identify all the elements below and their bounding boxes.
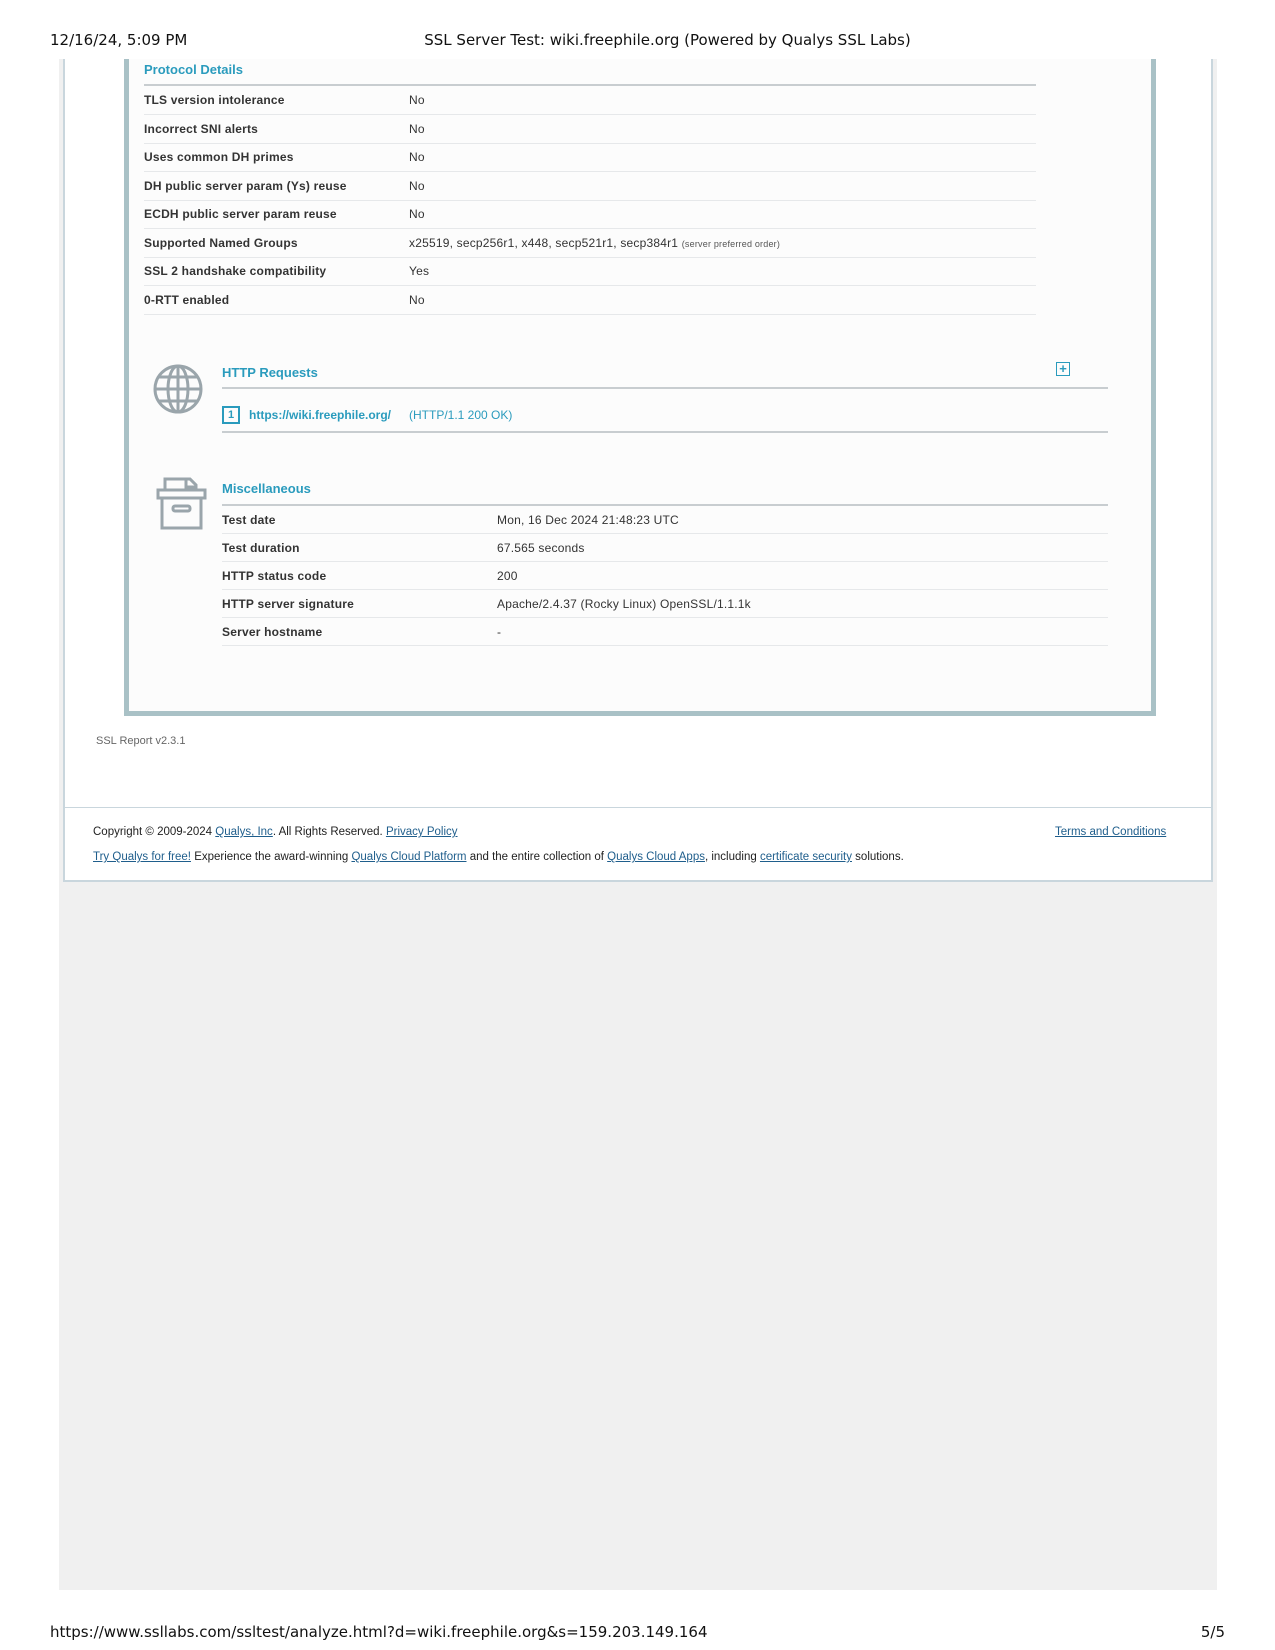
row-label: HTTP status code <box>222 569 326 583</box>
row-value: Yes <box>409 264 429 278</box>
row-value: No <box>409 122 425 136</box>
promo-text: and the entire collection of <box>467 851 608 863</box>
row-divider <box>144 114 1036 115</box>
row-divider <box>144 228 1036 229</box>
row-label: Incorrect SNI alerts <box>144 122 258 136</box>
row-divider <box>144 257 1036 258</box>
promo-line: Try Qualys for free! Experience the awar… <box>93 851 904 863</box>
copyright-suffix: . All Rights Reserved. <box>273 826 386 838</box>
row-divider <box>222 533 1108 534</box>
miscellaneous-divider <box>222 504 1108 506</box>
qualys-inc-link[interactable]: Qualys, Inc <box>215 826 273 838</box>
row-divider <box>144 143 1036 144</box>
row-value: Apache/2.4.37 (Rocky Linux) OpenSSL/1.1.… <box>497 597 751 611</box>
row-value-text: - <box>497 625 501 639</box>
row-label: TLS version intolerance <box>144 93 285 107</box>
row-value: No <box>409 207 425 221</box>
print-page-title: SSL Server Test: wiki.freephile.org (Pow… <box>0 31 1275 49</box>
protocol-details-divider <box>144 84 1036 86</box>
certificate-security-link[interactable]: certificate security <box>760 851 852 863</box>
row-divider <box>144 200 1036 201</box>
cloud-platform-link[interactable]: Qualys Cloud Platform <box>351 851 466 863</box>
copyright-line: Copyright © 2009-2024 Qualys, Inc. All R… <box>93 826 458 838</box>
row-value: x25519, secp256r1, x448, secp521r1, secp… <box>409 236 780 250</box>
row-value: 67.565 seconds <box>497 541 585 555</box>
row-divider <box>144 314 1036 315</box>
footer-divider <box>65 807 1211 808</box>
row-value: No <box>409 93 425 107</box>
row-value-text: x25519, secp256r1, x448, secp521r1, secp… <box>409 236 678 250</box>
protocol-details-title: Protocol Details <box>144 62 243 77</box>
row-label: Test date <box>222 513 276 527</box>
row-divider <box>144 285 1036 286</box>
row-value-text: No <box>409 179 425 193</box>
cloud-apps-link[interactable]: Qualys Cloud Apps <box>607 851 705 863</box>
promo-text: solutions. <box>852 851 904 863</box>
page-frame: Protocol Details TLS version intolerance… <box>63 59 1213 882</box>
row-divider <box>222 589 1108 590</box>
copyright-prefix: Copyright © 2009-2024 <box>93 826 215 838</box>
terms-and-conditions-link[interactable]: Terms and Conditions <box>1055 826 1166 838</box>
print-url: https://www.ssllabs.com/ssltest/analyze.… <box>50 1623 708 1641</box>
row-value-text: No <box>409 122 425 136</box>
privacy-policy-link[interactable]: Privacy Policy <box>386 826 458 838</box>
row-value: - <box>497 625 501 639</box>
miscellaneous-title: Miscellaneous <box>222 481 311 496</box>
expand-http-requests-button[interactable]: + <box>1056 362 1070 376</box>
row-value-text: Yes <box>409 264 429 278</box>
row-value: 200 <box>497 569 518 583</box>
row-value-text: No <box>409 150 425 164</box>
row-label: Test duration <box>222 541 300 555</box>
row-value-text: Apache/2.4.37 (Rocky Linux) OpenSSL/1.1.… <box>497 597 751 611</box>
http-requests-divider <box>222 387 1108 389</box>
row-value-text: No <box>409 207 425 221</box>
row-value: Mon, 16 Dec 2024 21:48:23 UTC <box>497 513 679 527</box>
promo-text: , including <box>705 851 760 863</box>
row-value-text: No <box>409 293 425 307</box>
row-label: Supported Named Groups <box>144 236 298 250</box>
row-value-text: No <box>409 93 425 107</box>
row-value: No <box>409 179 425 193</box>
row-value: No <box>409 293 425 307</box>
request-index-badge: 1 <box>222 406 240 424</box>
row-divider <box>222 645 1108 646</box>
row-value-text: 67.565 seconds <box>497 541 585 555</box>
row-label: Server hostname <box>222 625 322 639</box>
report-card: Protocol Details TLS version intolerance… <box>124 59 1156 716</box>
row-value-text: 200 <box>497 569 518 583</box>
print-page-number: 5/5 <box>1201 1623 1225 1641</box>
row-label: SSL 2 handshake compatibility <box>144 264 326 278</box>
row-value-text: Mon, 16 Dec 2024 21:48:23 UTC <box>497 513 679 527</box>
request-url-link[interactable]: https://wiki.freephile.org/ <box>249 408 391 422</box>
request-status: (HTTP/1.1 200 OK) <box>409 408 512 422</box>
row-label: 0-RTT enabled <box>144 293 229 307</box>
row-divider <box>222 561 1108 562</box>
row-divider <box>222 617 1108 618</box>
row-label: HTTP server signature <box>222 597 354 611</box>
row-label: ECDH public server param reuse <box>144 207 337 221</box>
http-requests-bottom-rule <box>222 431 1108 433</box>
globe-icon <box>152 363 204 415</box>
promo-text: Experience the award-winning <box>191 851 351 863</box>
archive-box-icon <box>156 477 208 531</box>
report-version: SSL Report v2.3.1 <box>96 735 185 747</box>
row-label: Uses common DH primes <box>144 150 294 164</box>
http-requests-title: HTTP Requests <box>222 365 318 380</box>
row-note: (server preferred order) <box>682 239 780 249</box>
try-qualys-link[interactable]: Try Qualys for free! <box>93 851 191 863</box>
row-label: DH public server param (Ys) reuse <box>144 179 347 193</box>
row-value: No <box>409 150 425 164</box>
row-divider <box>144 171 1036 172</box>
